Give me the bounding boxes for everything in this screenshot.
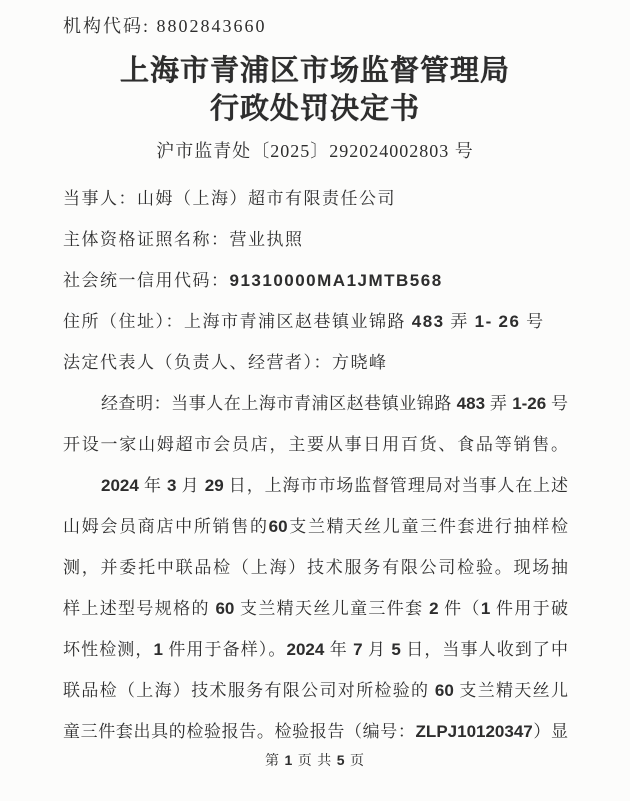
body-line: 坏性检测，1 件用于备样）。2024 年 7 月 5 日，当事人收到了中 (63, 629, 568, 670)
body-line: 主体资格证照名称：营业执照 (63, 219, 568, 260)
title-line-1: 上海市青浦区市场监督管理局 (0, 52, 630, 90)
latin-text: 483 (457, 394, 485, 413)
body-line: 童三件套出具的检验报告。检验报告（编号：ZLPJ10120347）显 (63, 711, 568, 752)
body-lines: 当事人：山姆（上海）超市有限责任公司主体资格证照名称：营业执照社会统一信用代码：… (63, 178, 568, 752)
latin-text: 91310000MA1JMTB568 (230, 271, 443, 290)
latin-text: 60 (435, 681, 454, 700)
title-line-2: 行政处罚决定书 (0, 90, 630, 128)
latin-text: 2024 (287, 640, 325, 659)
doc-number: 沪市监青处〔2025〕292024002803 号 (0, 137, 630, 163)
latin-text: 2024 (101, 476, 139, 495)
latin-text: 60 (215, 599, 234, 618)
latin-text: 5 (337, 752, 346, 768)
latin-text: 7 (353, 640, 362, 659)
latin-text: 1 (481, 599, 490, 618)
body-line: 2024 年 3 月 29 日，上海市市场监督管理局对当事人在上述 (63, 465, 568, 506)
latin-text: 5 (391, 640, 400, 659)
body-line: 住所（住址）：上海市青浦区赵巷镇业锦路 483 弄 1- 26 号 (63, 301, 568, 342)
latin-text: 483 (412, 312, 445, 331)
latin-text: ZLPJ10120347 (416, 722, 533, 741)
latin-text: 29 (205, 476, 224, 495)
latin-text: 1- (475, 312, 493, 331)
body-line: 当事人：山姆（上海）超市有限责任公司 (63, 178, 568, 219)
latin-text: 1 (154, 640, 163, 659)
latin-text: 26 (499, 312, 521, 331)
body-line: 开设一家山姆超市会员店，主要从事日用百货、食品等销售。 (63, 424, 568, 465)
body-line: 样上述型号规格的 60 支兰精天丝儿童三件套 2 件（1 件用于破 (63, 588, 568, 629)
body-line: 测，并委托中联品检（上海）技术服务有限公司检验。现场抽 (63, 547, 568, 588)
penalty-decision-document-page: 机构代码: 8802843660 上海市青浦区市场监督管理局 行政处罚决定书 沪… (0, 0, 630, 801)
latin-text: 3 (167, 476, 176, 495)
body-line: 法定代表人（负责人、经营者）：方晓峰 (63, 342, 568, 383)
latin-text: 2 (429, 599, 438, 618)
document-title: 上海市青浦区市场监督管理局 行政处罚决定书 (0, 52, 630, 128)
body-line: 经查明：当事人在上海市青浦区赵巷镇业锦路 483 弄 1-26 号 (63, 383, 568, 424)
latin-text: 1 (284, 752, 293, 768)
org-code: 机构代码: 8802843660 (63, 12, 267, 38)
latin-text: 60 (269, 517, 288, 536)
page-footer: 第 1 页 共 5 页 (0, 750, 630, 770)
body-line: 山姆会员商店中所销售的60支兰精天丝儿童三件套进行抽样检 (63, 506, 568, 547)
body-line: 联品检（上海）技术服务有限公司对所检验的 60 支兰精天丝儿 (63, 670, 568, 711)
latin-text: 1-26 (512, 394, 546, 413)
body-line: 社会统一信用代码：91310000MA1JMTB568 (63, 260, 568, 301)
